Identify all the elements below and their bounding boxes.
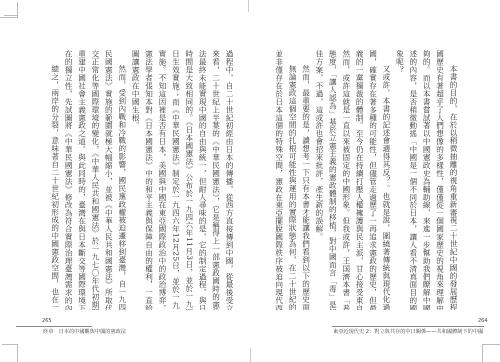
- page-number: 264: [478, 318, 488, 324]
- text-line: 然而，或許這就是一直以來被固定的中國形象。但我或許，王国濟本書「普世主義」的: [339, 50, 352, 310]
- text-line: 圖讓憲政在中國生根。: [129, 50, 142, 310]
- text-line: 象呢？: [393, 50, 406, 310]
- text-line: 實施。不知這因裡是否有日本，美國與中國在東亞國際政治中的政治博弈，但當時的中國: [156, 50, 169, 310]
- text-line-paragraph-start: 又或許，本書的記述會適得其反？。也就是說，圍繞著傳統與現代化過程中的中: [380, 50, 393, 310]
- text-line-paragraph-start: 無論憲政這個空間的扎根可能性與運用的實際狀態為何，在二十世紀的東亞地區，它: [286, 50, 299, 310]
- text-line: 佳方案，不過，這或許也會招來批評，產生新的誤解。: [313, 50, 326, 310]
- text-line-paragraph-start: 總之，兩岸的分裂，意味著自二十世紀初形成的中國憲政空間，也在一九四九年形成: [48, 50, 61, 310]
- page-number: 265: [42, 318, 52, 324]
- text-line: 過程中，自二十世紀初經由日本的傳播，從西方直接傳到中國，從最後受立憲主義這一點: [223, 50, 236, 310]
- left-page-body-text: 過程中，自二十世紀初經由日本的傳播，從西方直接傳到中國，從最後受立憲主義這一點 …: [40, 50, 236, 310]
- text-line: 義的一黨獨裁的體制。至今仍在持續打壓人權擁護與民主派，甘心接受東自共產黨的專制。: [353, 50, 366, 310]
- right-page-body-text: 本書的目的，在於以稍微抽離的視角重新審視二十世紀中國的發展歷程。二十世紀中 國歷…: [264, 50, 460, 310]
- text-line-paragraph-start: 本書的目的，在於以稍微抽離的視角重新審視二十世紀中國的發展歷程。二十世紀中: [447, 50, 460, 310]
- text-line: 來看，二十世紀上半葉的《中華民國憲法》，它是稱得上一部憲政國時的憲法。雖然這部憲: [209, 50, 222, 310]
- text-line: 在的獨立性，先試圖將《中華民國憲法》修改為符合實際治理臺灣需求的內容。: [62, 50, 75, 310]
- text-line: 法最終未能實現中國的自由與統一，但耐人尋味的是，它的制定過程，與日本憲法的制定: [196, 50, 209, 310]
- text-line: 重建中國社會主義憲政之道。與此同時的，臺灣在與日本斷交等國際環境下，基於追求內: [75, 50, 88, 310]
- text-line: 日生效實施；而《中華民國憲法》制定於一九四六年12月25日，並於一九四七年12月…: [169, 50, 182, 310]
- text-line: 交正常化等國際環境的變化，《中華人民共和國憲法》於一九七〇年代初期開始修改，尋求: [89, 50, 102, 310]
- running-footer-title: 東亞近現代史 2：對立與共存的中日關係——共和國體制下的中國: [333, 328, 483, 335]
- text-line: 憲法學者張知本對《日本國憲法》中的和平主義與保障自由的權利，一直給予好評，並試: [142, 50, 155, 310]
- text-line: 夠的。而以本書嘗試著以中國憲政史為輔助線，來進一步幫助我們瞭解中國。而本書所敘: [420, 50, 433, 310]
- text-line: 國歷史有著超乎了人們想像的多樣性，僅僅從一個國家歷史的視角來理解中國，是遠遠不: [433, 50, 446, 310]
- text-line: 述的內容，是否稍微動搖「中國是一個不同於日本，讓人看不清真面目的國家」的固定形: [406, 50, 419, 310]
- text-line: 民國憲法》實施的範圍就極大幅縮小，並被《中華人民共和國憲法》所取代，隨著中日邦: [102, 50, 115, 310]
- running-footer-title: 終章 日本的中國觀與中國的憲政法: [43, 328, 126, 335]
- text-line: 態度，「讓人認為」基於立憲主義的憲政體制的移植，對中國而言「毒」是解決問題的最: [326, 50, 339, 310]
- text-line: 時間是大致相同的。《日本國憲法》公布於一九四六年11月3日，並於一九四七年5月3: [182, 50, 195, 310]
- text-line-paragraph-start: 然而，最重要的是，讀想考一下只有本書才能讓我們看到以下的歷史面相。: [299, 50, 312, 310]
- footer-rule: [16, 326, 92, 327]
- right-page: 本書的目的，在於以稍微抽離的視角重新審視二十世紀中國的發展歷程。二十世紀中 國歷…: [250, 0, 500, 362]
- book-spread: 過程中，自二十世紀初經由日本的傳播，從西方直接傳到中國，從最後受立憲主義這一點 …: [0, 0, 500, 362]
- text-line-paragraph-start: 然而，受到內戰和冷戰的影響，國民黨政權被迫遷移到臺灣，自一九四九年起《中華: [115, 50, 128, 310]
- footer-rule: [332, 326, 484, 327]
- left-page: 過程中，自二十世紀初經由日本的傳播，從西方直接傳到中國，從最後受立憲主義這一點 …: [0, 0, 250, 362]
- text-line: 國，確實存在著多種的可能性，但儘管走過歷了一再追求憲政的歷史，但最終選擇社會主: [366, 50, 379, 310]
- text-line: 並非僅存在於日本這個的特殊空間，憲政在東亞擺脫國際秩序被迫向現代西方秩序轉型的: [272, 50, 285, 310]
